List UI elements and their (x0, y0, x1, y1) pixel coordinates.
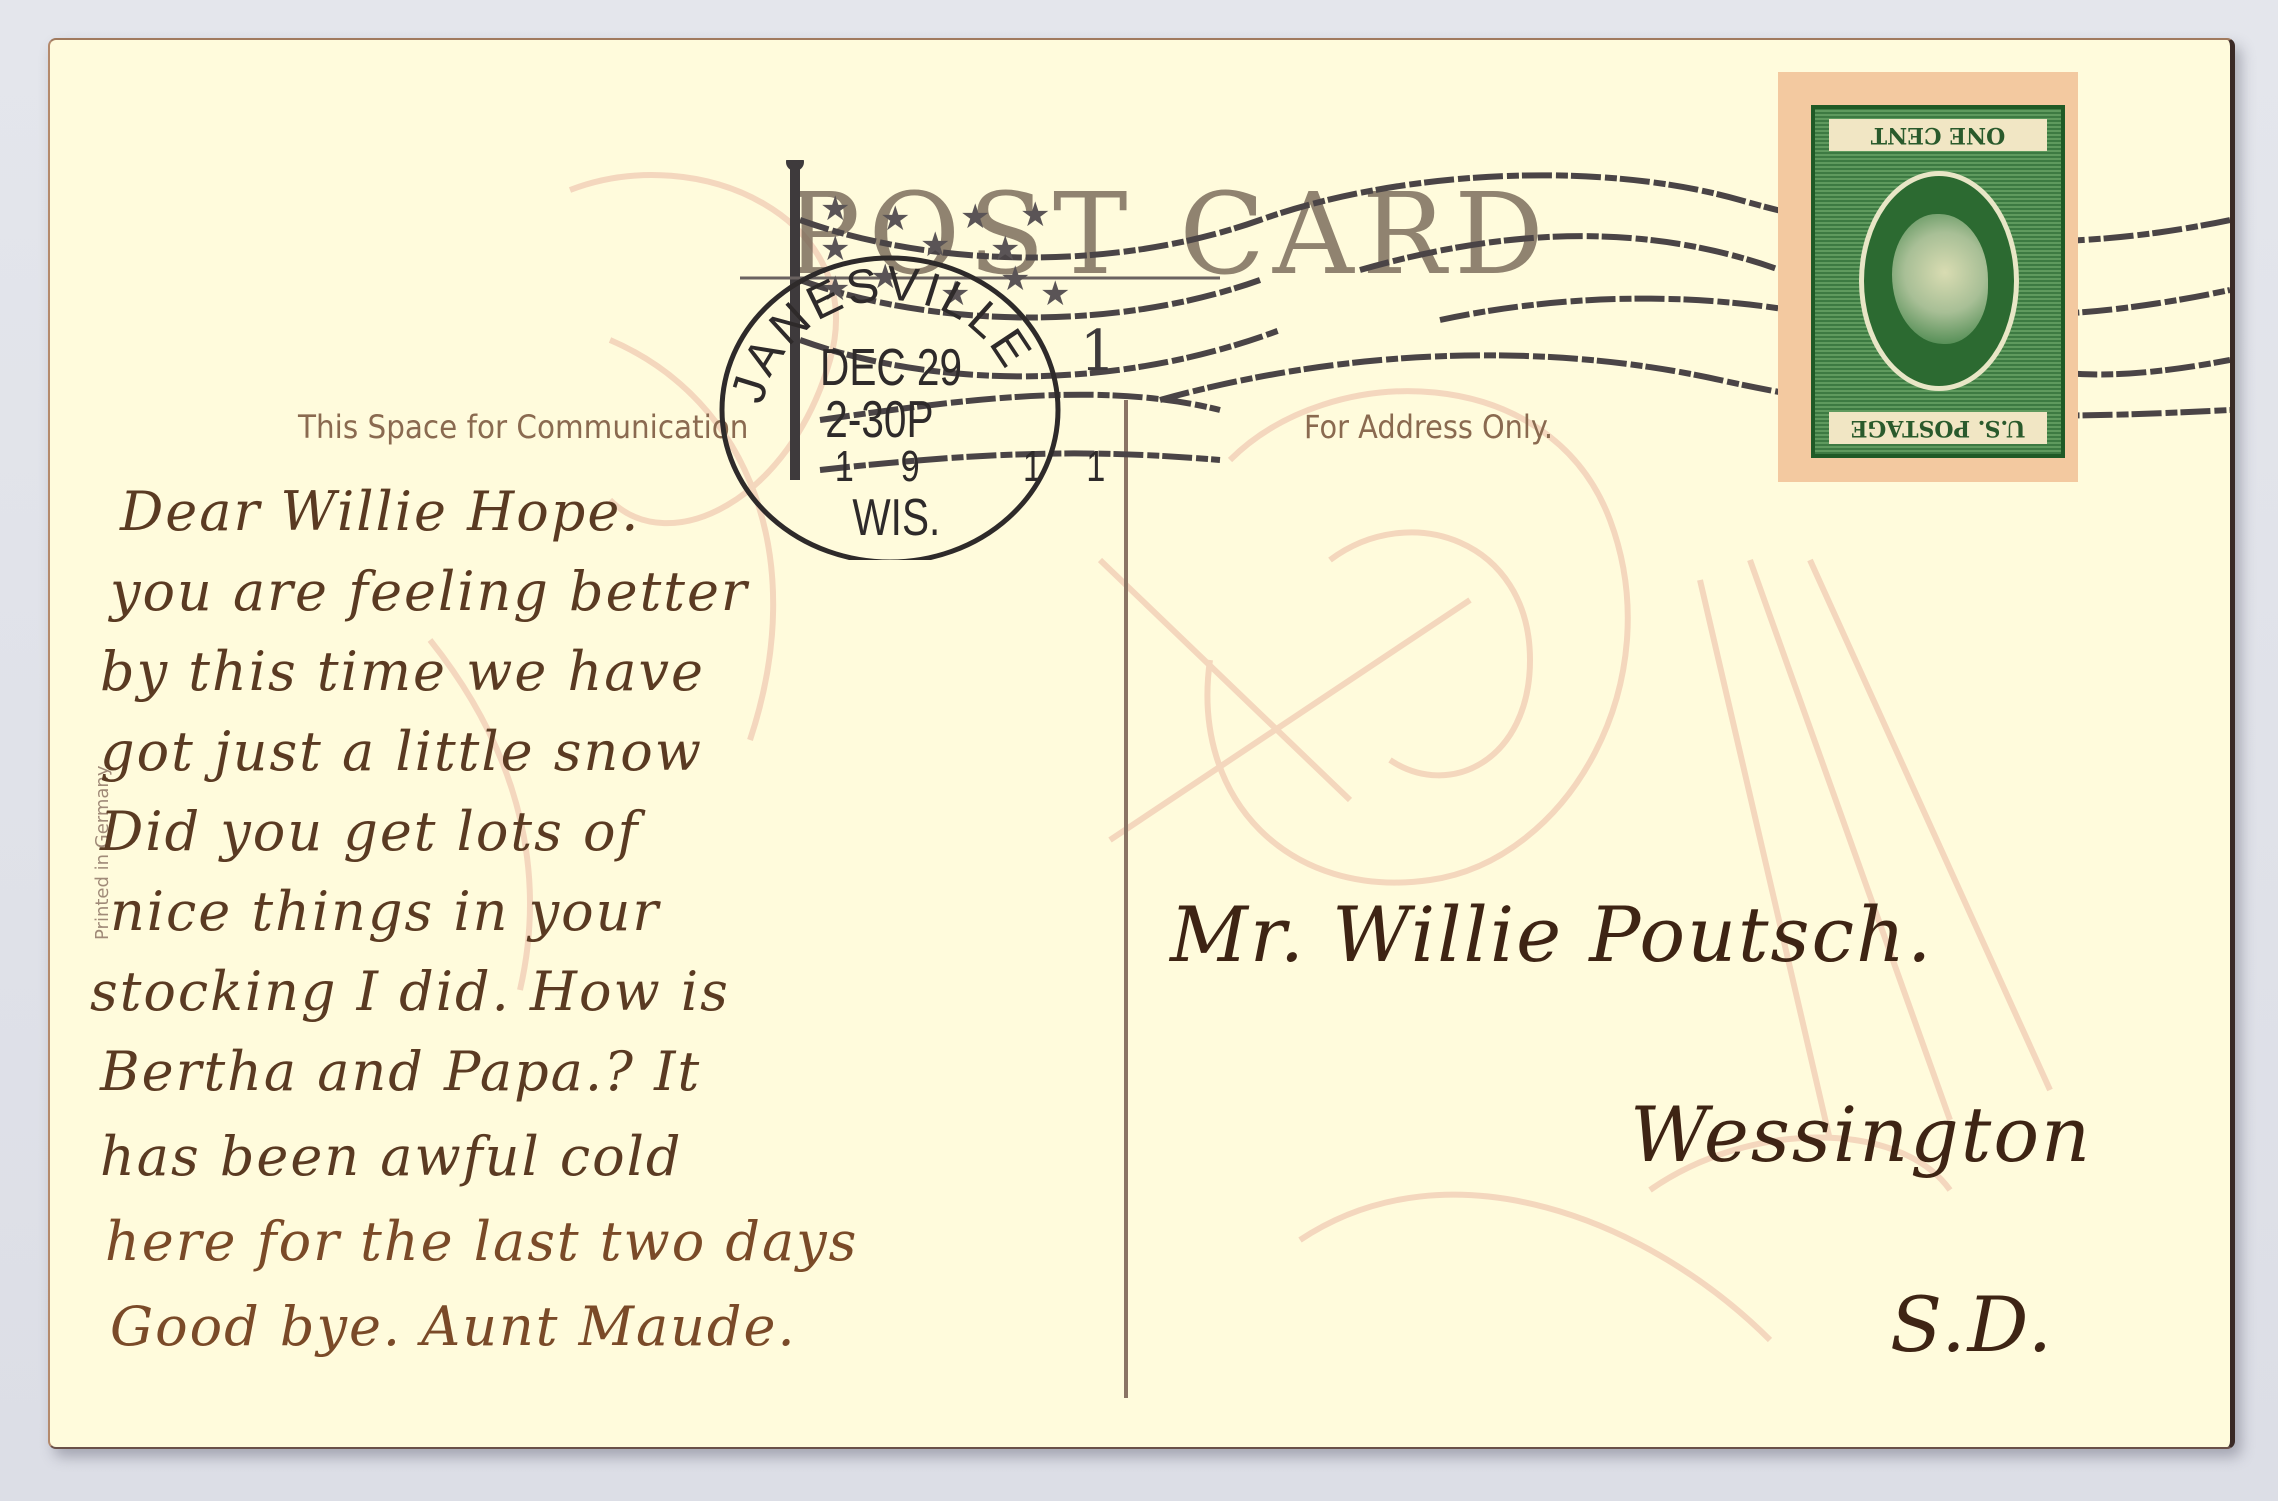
postage-stamp: ONE CENT U.S. POSTAGE (1778, 72, 2078, 482)
postmark-state: WIS. (852, 488, 940, 548)
postmark-year: 19 11 (835, 442, 1152, 492)
center-divider-line (1124, 400, 1128, 1398)
communication-space-label: This Space for Communication (298, 408, 748, 446)
message-line: Did you get lots of (100, 800, 640, 863)
postmark-date: DEC 29 (820, 338, 962, 398)
postmark-time: 2-30P (825, 390, 933, 450)
message-line: Bertha and Papa.? It (100, 1040, 701, 1103)
recipient-city: Wessington (1630, 1090, 2092, 1179)
svg-text:★: ★ (820, 189, 850, 229)
message-line: has been awful cold (100, 1125, 682, 1188)
message-line: here for the last two days (105, 1210, 858, 1273)
message-line: nice things in your (110, 880, 660, 943)
message-line: stocking I did. How is (90, 960, 730, 1023)
franklin-portrait-icon (1892, 214, 1988, 344)
message-line: got just a little snow (100, 720, 703, 783)
message-line: Dear Willie Hope. (120, 480, 640, 543)
stamp-country-text: U.S. POSTAGE (1829, 412, 2047, 444)
svg-text:1: 1 (1080, 319, 1116, 384)
message-line: you are feeling better (110, 560, 749, 623)
recipient-state: S.D. (1890, 1280, 2054, 1369)
svg-text:★: ★ (1020, 195, 1050, 235)
stamp-value-text: ONE CENT (1829, 119, 2047, 151)
message-line: Good bye. Aunt Maude. (110, 1295, 797, 1358)
recipient-name: Mr. Willie Poutsch. (1170, 890, 1933, 979)
postcard: POST CARD This Space for Communication F… (48, 38, 2235, 1449)
message-line: by this time we have (100, 640, 705, 703)
postmark: JANESVILLE DEC 29 2-30P 19 11 WIS. (690, 230, 1080, 560)
